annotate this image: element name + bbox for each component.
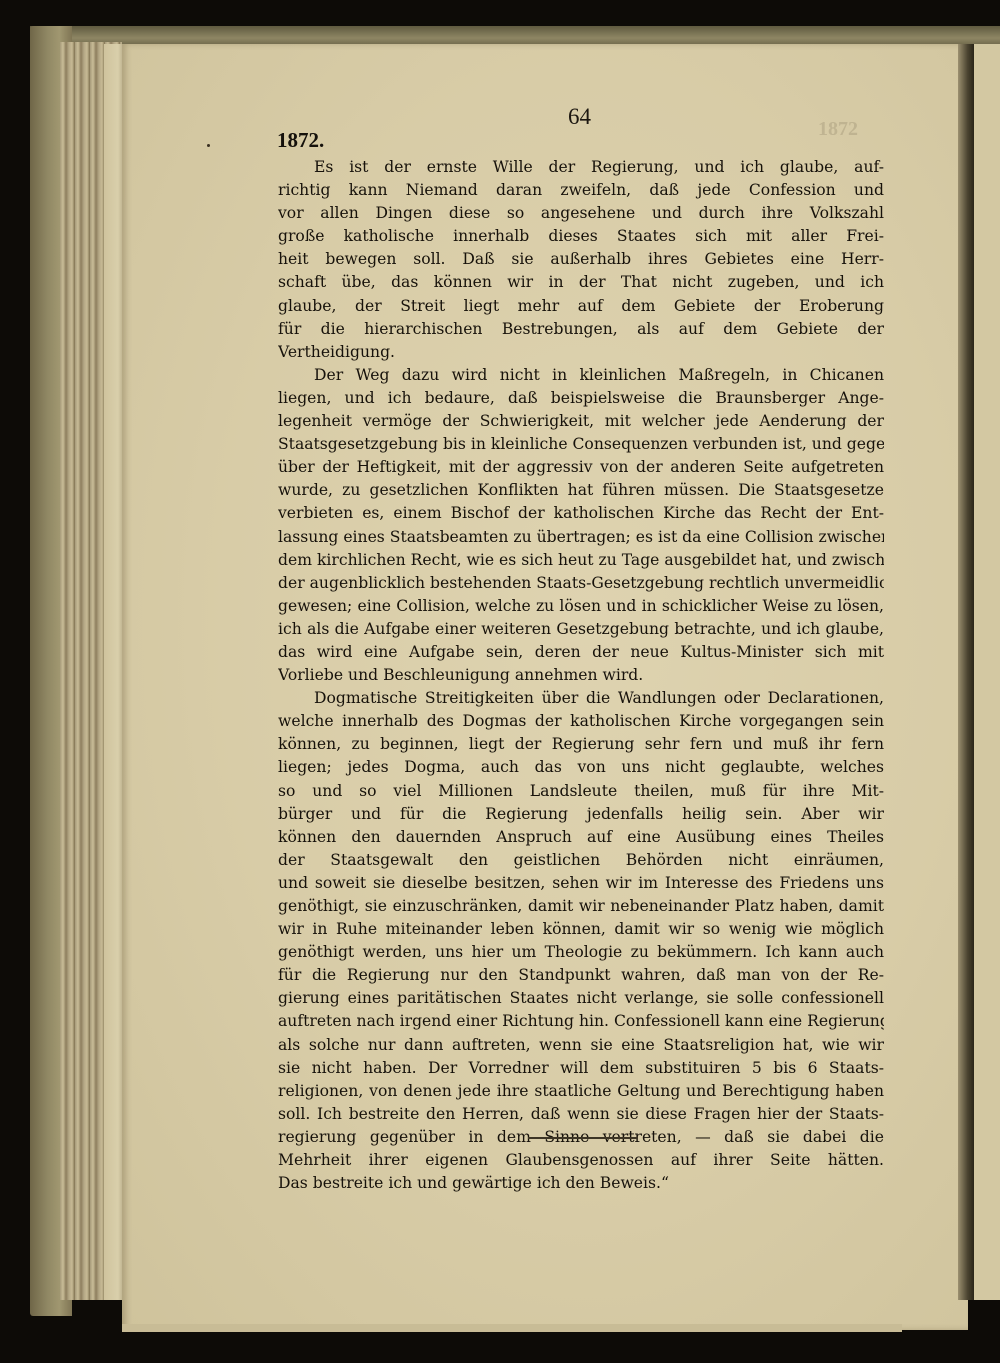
body-text: Es ist der ernste Wille der Regierung, u… <box>278 156 884 1195</box>
book-cover-top-edge <box>30 26 1000 46</box>
page-number: 64 <box>568 104 591 130</box>
text-line: für die Regierung nur den Standpunkt wah… <box>278 964 884 987</box>
page-stack-inner <box>104 44 124 1300</box>
text-line: Staatsgesetzgebung bis in kleinliche Con… <box>278 433 884 456</box>
text-line: verbieten es, einem Bischof der katholis… <box>278 502 884 525</box>
bleed-through-text: 1872 <box>818 118 858 141</box>
text-line: liegen; jedes Dogma, auch das von uns ni… <box>278 756 884 779</box>
text-line: ich als die Aufgabe einer weiteren Geset… <box>278 618 884 641</box>
gutter-shadow <box>958 44 974 1300</box>
text-line: große katholische innerhalb dieses Staat… <box>278 225 884 248</box>
year-heading: 1872. <box>277 128 324 153</box>
text-line: sie nicht haben. Der Vorredner will dem … <box>278 1057 884 1080</box>
text-line: soll. Ich bestreite den Herren, daß wenn… <box>278 1103 884 1126</box>
text-line: dem kirchlichen Recht, wie es sich heut … <box>278 549 884 572</box>
paragraph-3: Dogmatische Streitigkeiten über die Wand… <box>278 687 884 1195</box>
text-line: Vorliebe und Beschleunigung annehmen wir… <box>278 664 884 687</box>
text-line: so und so viel Millionen Landsleute thei… <box>278 780 884 803</box>
text-line: lassung eines Staatsbeamten zu übertrage… <box>278 526 884 549</box>
text-line: bürger und für die Regierung jedenfalls … <box>278 803 884 826</box>
text-line: Das bestreite ich und gewärtige ich den … <box>278 1172 884 1195</box>
text-line: liegen, und ich bedaure, daß beispielswe… <box>278 387 884 410</box>
text-line: und soweit sie dieselbe besitzen, sehen … <box>278 872 884 895</box>
text-line: schaft übe, das können wir in der That n… <box>278 271 884 294</box>
text-line: genöthigt, sie einzuschränken, damit wir… <box>278 895 884 918</box>
text-line: Der Weg dazu wird nicht in kleinlichen M… <box>278 364 884 387</box>
text-line: können, zu beginnen, liegt der Regierung… <box>278 733 884 756</box>
text-line: auftreten nach irgend einer Richtung hin… <box>278 1010 884 1033</box>
text-line: legenheit vermöge der Schwierigkeit, mit… <box>278 410 884 433</box>
text-line: Dogmatische Streitigkeiten über die Wand… <box>278 687 884 710</box>
text-line: über der Heftigkeit, mit der aggressiv v… <box>278 456 884 479</box>
text-line: gierung eines paritätischen Staates nich… <box>278 987 884 1010</box>
text-line: wir in Ruhe miteinander leben können, da… <box>278 918 884 941</box>
paper-speck <box>207 144 210 147</box>
text-line: für die hierarchischen Bestrebungen, als… <box>278 318 884 341</box>
text-line: Vertheidigung. <box>278 341 884 364</box>
text-line: welche innerhalb des Dogmas der katholis… <box>278 710 884 733</box>
text-line: können den dauernden Anspruch auf eine A… <box>278 826 884 849</box>
text-line: richtig kann Niemand daran zweifeln, daß… <box>278 179 884 202</box>
text-line: Es ist der ernste Wille der Regierung, u… <box>278 156 884 179</box>
text-line: religionen, von denen jede ihre staatlic… <box>278 1080 884 1103</box>
text-line: das wird eine Aufgabe sein, deren der ne… <box>278 641 884 664</box>
text-line: vor allen Dingen diese so angesehene und… <box>278 202 884 225</box>
text-line: heit bewegen soll. Daß sie außerhalb ihr… <box>278 248 884 271</box>
text-line: glaube, der Streit liegt mehr auf dem Ge… <box>278 295 884 318</box>
text-line: gewesen; eine Collision, welche zu lösen… <box>278 595 884 618</box>
text-line: Mehrheit ihrer eigenen Glaubensgenossen … <box>278 1149 884 1172</box>
text-line: als solche nur dann auftreten, wenn sie … <box>278 1034 884 1057</box>
text-line: der augenblicklich bestehenden Staats-Ge… <box>278 572 884 595</box>
text-line: genöthigt werden, uns hier um Theologie … <box>278 941 884 964</box>
facing-page-edge <box>974 44 1000 1300</box>
text-line: wurde, zu gesetzlichen Konflikten hat fü… <box>278 479 884 502</box>
paragraph-2: Der Weg dazu wird nicht in kleinlichen M… <box>278 364 884 687</box>
text-line: der Staatsgewalt den geistlichen Behörde… <box>278 849 884 872</box>
section-end-rule <box>528 1137 638 1139</box>
paragraph-1: Es ist der ernste Wille der Regierung, u… <box>278 156 884 364</box>
page-bottom-lip <box>122 1324 902 1332</box>
